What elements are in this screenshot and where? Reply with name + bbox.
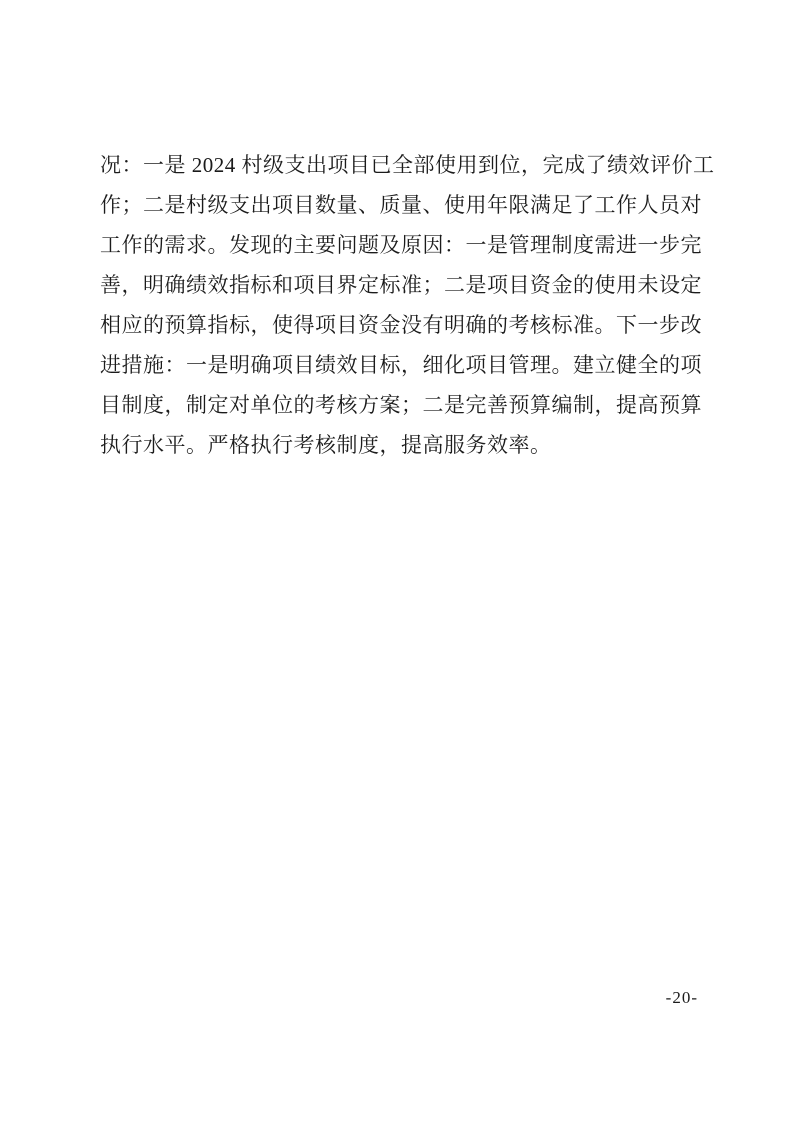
text-line-5: 相应的预算指标，使得项目资金没有明确的考核标准。下一步改 (100, 305, 701, 345)
text-line-7: 目制度，制定对单位的考核方案；二是完善预算编制，提高预算 (100, 385, 701, 425)
body-paragraph: 况：一是 2024 村级支出项目已全部使用到位，完成了绩效评价工 作；二是村级支… (100, 145, 701, 465)
text-line-2: 作；二是村级支出项目数量、质量、使用年限满足了工作人员对 (100, 185, 701, 225)
page-number: -20- (666, 988, 698, 1008)
text-line-6: 进措施：一是明确项目绩效目标，细化项目管理。建立健全的项 (100, 345, 701, 385)
text-line-1: 况：一是 2024 村级支出项目已全部使用到位，完成了绩效评价工 (100, 145, 701, 185)
text-line-3: 工作的需求。发现的主要问题及原因：一是管理制度需进一步完 (100, 225, 701, 265)
text-line-8: 执行水平。严格执行考核制度，提高服务效率。 (100, 425, 701, 465)
text-line-4: 善，明确绩效指标和项目界定标准；二是项目资金的使用未设定 (100, 265, 701, 305)
document-page: 况：一是 2024 村级支出项目已全部使用到位，完成了绩效评价工 作；二是村级支… (0, 0, 793, 1122)
